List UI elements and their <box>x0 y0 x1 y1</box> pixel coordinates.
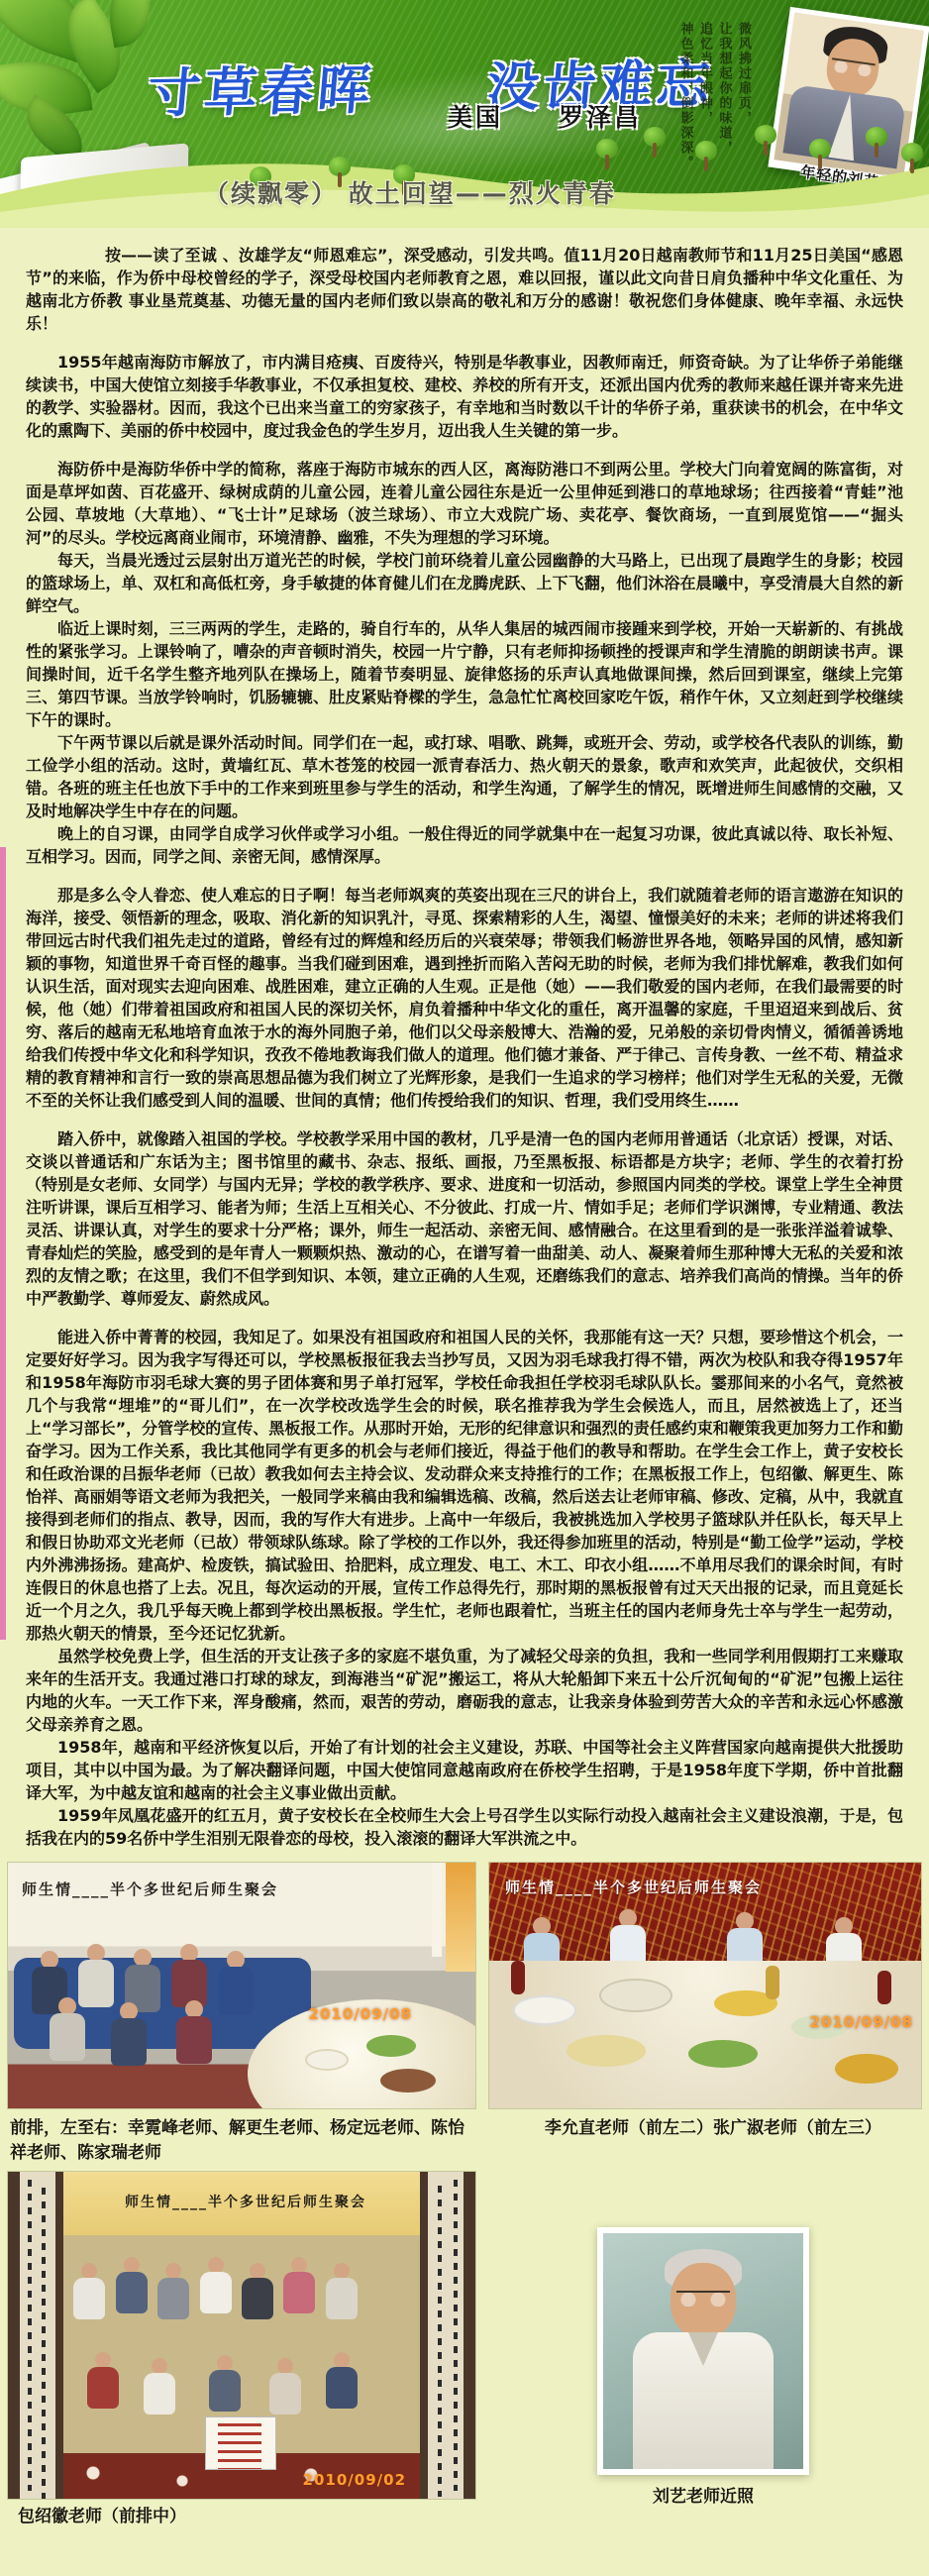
calligraphy-scroll-graphic <box>420 2172 475 2499</box>
poster-graphic <box>206 2417 275 2469</box>
article-paragraph: 1959年凤凰花盛开的红五月，黄子安校长在全校师生大会上号召学生以实际行动投入越… <box>26 1804 903 1850</box>
person-figure <box>111 2002 147 2068</box>
photo-timestamp: 2010/09/02 <box>303 2471 406 2489</box>
person-figure <box>269 2358 301 2417</box>
photo-row-1: 师生情____半个多世纪后师生聚会 2010/09/08 <box>8 1863 921 2108</box>
person-figure <box>144 2358 175 2417</box>
person-figure <box>200 2257 232 2316</box>
drink-glass-graphic <box>766 1966 779 1999</box>
article-paragraph: 海防侨中是海防华侨中学的简称，落座于海防市城东的西人区，离海防港口不到两公里。学… <box>26 458 903 549</box>
dish-graphic <box>380 2069 436 2093</box>
glasses-graphic <box>676 2291 730 2307</box>
reunion-group-photo: 师生情____半个多世纪后师生聚会 2010/09/08 <box>8 1863 475 2108</box>
photo-caption: 李允直老师（前左二）张广淑老师（前左三） <box>491 2116 919 2166</box>
reunion-hall-photo: 师生情____半个多世纪后师生聚会 2010/09/02 <box>8 2172 475 2499</box>
scan-artifact-strip <box>0 847 6 1640</box>
portrait-column: 刘艺老师近照 <box>485 2172 921 2529</box>
person-figure <box>283 2257 315 2316</box>
tree-icon <box>753 125 778 157</box>
photo-banner-text: 师生情____半个多世纪后师生聚会 <box>22 1878 278 1899</box>
table-graphic <box>489 1961 921 2108</box>
dish-graphic <box>688 2040 758 2068</box>
article-paragraph: 临近上课时刻，三三两两的学生，走路的，骑自行车的，从华人集居的城西闹市接踵来到学… <box>26 617 903 731</box>
photo-section: 师生情____半个多世纪后师生聚会 2010/09/08 <box>0 1853 929 2529</box>
tree-icon <box>594 139 620 170</box>
article-paragraph: 能进入侨中菁菁的校园，我知足了。如果没有祖国政府和祖国人民的关怀，我那能有这一天… <box>26 1326 903 1645</box>
photo-caption: 包绍徽老师（前排中） <box>18 2505 485 2529</box>
photo-captions-row: 前排，左至右：幸霓峰老师、解更生老师、杨定远老师、陈怡祥老师、陈家瑞老师 李允直… <box>10 2116 919 2166</box>
article-paragraph: 下午两节课以后就是课外活动时间。同学们在一起，或打球、唱歌、跳舞，或班开会、劳动… <box>26 731 903 822</box>
photo-caption: 刘艺老师近照 <box>653 2485 754 2510</box>
person-figure <box>50 1997 85 2063</box>
photo-banner-text: 师生情____半个多世纪后师生聚会 <box>125 2192 366 2211</box>
person-figure <box>209 2355 241 2415</box>
tree-icon <box>899 143 925 174</box>
person-figure <box>87 2352 119 2412</box>
scanned-article-page: 寸草春晖 没齿难忘 美国 罗泽昌 微风拂过扉页， 让我想起你的味道， 追忆当年眼… <box>0 0 929 2576</box>
article-paragraph: 1958年，越南和平经济恢复以后，开始了有计划的社会主义建设，苏联、中国等社会主… <box>26 1736 903 1804</box>
article-paragraph: 踏入侨中，就像踏入祖国的学校。学校教学采用中国的教材，几乎是清一色的国内老师用普… <box>26 1127 903 1310</box>
article-body: 按——读了至诚 、汝雄学友“师恩难忘”，深受感动，引发共鸣。值11月20日越南教… <box>0 228 929 1853</box>
window-graphic <box>446 1863 475 1972</box>
dish-graphic <box>601 1981 671 2010</box>
drink-glass-graphic <box>877 1971 891 2004</box>
article-paragraph: 按——读了至诚 、汝雄学友“师恩难忘”，深受感动，引发共鸣。值11月20日越南教… <box>26 244 903 335</box>
person-figure <box>116 2257 148 2316</box>
tree-icon <box>864 127 889 159</box>
article-paragraph: 晚上的自习课，由同学自成学习伙伴或学习小组。一般住得近的同学就集中在一起复习功课… <box>26 822 903 868</box>
photo-timestamp: 2010/09/08 <box>309 2005 412 2023</box>
dish-graphic <box>567 2035 646 2067</box>
dish-graphic <box>366 2035 416 2057</box>
person-figure <box>157 2263 189 2322</box>
photo-banner-text: 师生情____半个多世纪后师生聚会 <box>505 1877 762 1897</box>
article-paragraph: 1955年越南海防市解放了，市内满目疮痍、百废待兴，特别是华教事业，因教师南迁，… <box>26 351 903 442</box>
person-figure <box>73 2263 105 2322</box>
photo-timestamp: 2010/09/08 <box>810 2013 913 2031</box>
article-paragraph: 那是多么令人眷恋、使人难忘的日子啊！每当老师飒爽的英姿出现在三尺的讲台上，我们就… <box>26 884 903 1112</box>
teacher-portrait-photo <box>597 2227 809 2475</box>
person-figure <box>218 1951 254 2016</box>
tree-icon <box>642 127 668 159</box>
photo-row-2: 师生情____半个多世纪后师生聚会 2010/09/02 <box>8 2172 921 2529</box>
person-figure <box>242 2263 273 2322</box>
dish-graphic <box>307 2051 347 2069</box>
article-paragraph: 每天，当晨光透过云层射出万道光芒的时候，学校门前环绕着儿童公园幽静的大马路上，已… <box>26 549 903 617</box>
person-figure <box>326 2352 358 2412</box>
person-figure <box>176 2000 212 2066</box>
photo-caption: 前排，左至右：幸霓峰老师、解更生老师、杨定远老师、陈怡祥老师、陈家瑞老师 <box>10 2116 477 2166</box>
author-line: 美国 罗泽昌 <box>448 98 642 134</box>
person-figure <box>326 2263 358 2322</box>
hero-header: 寸草春晖 没齿难忘 美国 罗泽昌 微风拂过扉页， 让我想起你的味道， 追忆当年眼… <box>0 0 929 228</box>
tree-icon <box>807 139 833 170</box>
banquet-photo: 师生情____半个多世纪后师生聚会 2010/09/08 <box>489 1863 921 2108</box>
article-paragraph: 虽然学校免费上学，但生活的开支让孩子多的家庭不堪负重，为了减轻父母亲的负担，我和… <box>26 1645 903 1736</box>
article-subtitle: （续飘零） 故土回望——烈火青春 <box>204 174 616 210</box>
calligraphy-scroll-graphic <box>8 2172 63 2499</box>
drink-glass-graphic <box>511 1961 525 1994</box>
tree-icon <box>693 141 719 172</box>
